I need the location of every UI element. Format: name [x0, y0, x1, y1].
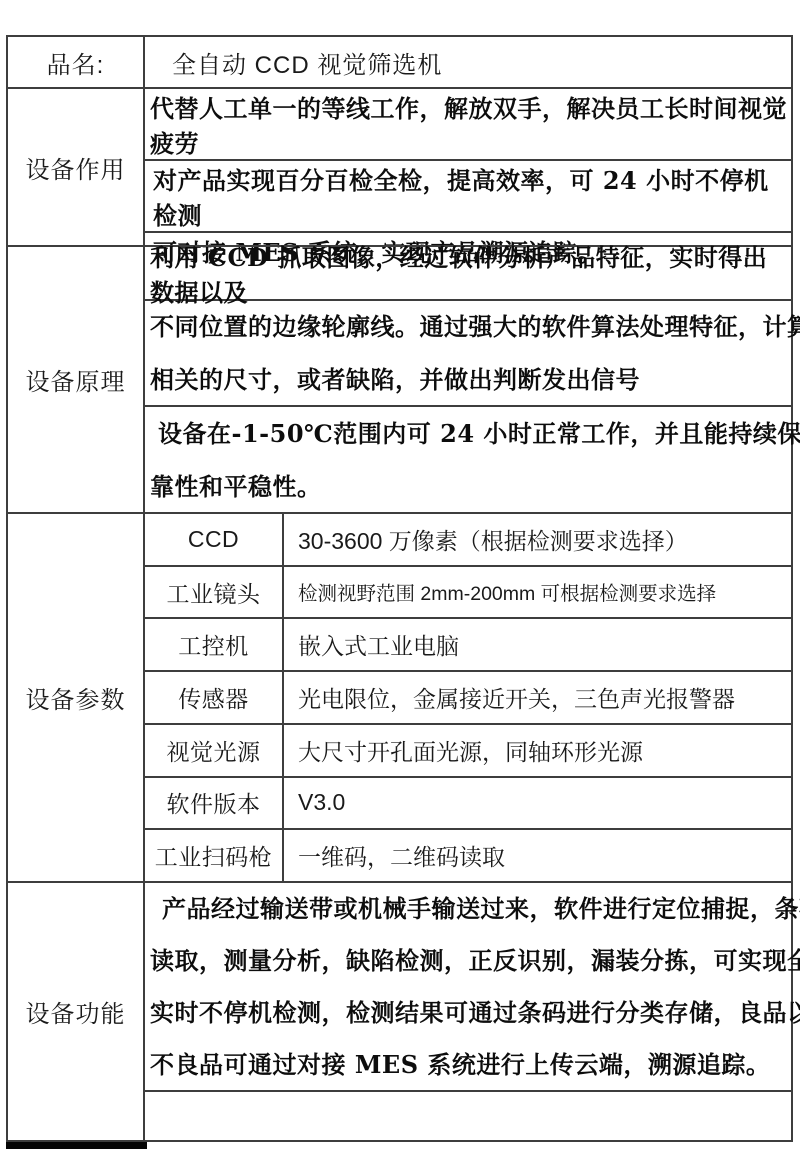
- section-label-principle: 设备原理: [8, 247, 145, 512]
- param-name: 传感器: [145, 672, 284, 723]
- text-line: 实时不停机检测，检测结果可通过条码进行分类存储，良品以及: [150, 987, 800, 1039]
- text-line: 设备在-1-50℃范围内可 24 小时正常工作，并且能持续保证可: [150, 407, 800, 460]
- product-name-label: 品名:: [8, 37, 145, 87]
- text-block: 产品经过输送带或机械手输送过来，软件进行定位捕捉，条码 读取，测量分析，缺陷检测…: [145, 883, 791, 1092]
- text-line: 不同位置的边缘轮廓线。通过强大的软件算法处理特征，计算出: [150, 300, 800, 353]
- param-value: 检测视野范围 2mm-200mm 可根据检测要求选择: [284, 567, 791, 618]
- param-name: 工业扫码枪: [145, 830, 284, 881]
- product-name-value: 全自动 CCD 视觉筛选机: [145, 37, 791, 87]
- text-line: 利用 CCD 抓取图像，经过软件分析产品特征，实时得出数据以及: [145, 247, 791, 301]
- section-equipment-function-role: 设备作用 代替人工单一的等线工作，解放双手，解决员工长时间视觉疲劳 对产品实现百…: [8, 87, 791, 245]
- param-row-lens: 工业镜头 检测视野范围 2mm-200mm 可根据检测要求选择: [145, 567, 791, 620]
- param-name: CCD: [145, 514, 284, 565]
- bottom-left-thick-border: [6, 1142, 147, 1149]
- text-line: 靠性和平稳性。: [150, 460, 322, 513]
- spec-table: 品名: 全自动 CCD 视觉筛选机 设备作用 代替人工单一的等线工作，解放双手，…: [6, 35, 793, 1142]
- param-value: 一维码，二维码读取: [284, 830, 791, 881]
- text-line: 不良品可通过对接 MES 系统进行上传云端，溯源追踪。: [150, 1039, 770, 1091]
- param-name: 工业镜头: [145, 567, 284, 618]
- text-line: 代替人工单一的等线工作，解放双手，解决员工长时间视觉疲劳: [145, 89, 791, 161]
- param-value: 大尺寸开孔面光源，同轴环形光源: [284, 725, 791, 776]
- param-name: 视觉光源: [145, 725, 284, 776]
- text-block: 设备在-1-50℃范围内可 24 小时正常工作，并且能持续保证可 靠性和平稳性。: [145, 407, 791, 513]
- param-name: 工控机: [145, 619, 284, 670]
- text-line: 相关的尺寸，或者缺陷，并做出判断发出信号: [150, 353, 640, 406]
- text-line: 对产品实现百分百检全检，提高效率，可 24 小时不停机检测: [145, 161, 791, 233]
- param-row-ccd: CCD 30-3600 万像素（根据检测要求选择）: [145, 514, 791, 567]
- text-line: 产品经过输送带或机械手输送过来，软件进行定位捕捉，条码: [150, 883, 800, 935]
- param-row-software: 软件版本 V3.0: [145, 778, 791, 831]
- param-row-light: 视觉光源 大尺寸开孔面光源，同轴环形光源: [145, 725, 791, 778]
- text-block: 不同位置的边缘轮廓线。通过强大的软件算法处理特征，计算出 相关的尺寸，或者缺陷，…: [145, 301, 791, 407]
- section-label-action: 设备作用: [8, 89, 145, 245]
- param-row-ipc: 工控机 嵌入式工业电脑: [145, 619, 791, 672]
- empty-cell: [145, 1092, 791, 1140]
- param-row-scanner: 工业扫码枪 一维码，二维码读取: [145, 830, 791, 881]
- param-value: 嵌入式工业电脑: [284, 619, 791, 670]
- section-equipment-functions: 设备功能 产品经过输送带或机械手输送过来，软件进行定位捕捉，条码 读取，测量分析…: [8, 881, 791, 1140]
- product-name-row: 品名: 全自动 CCD 视觉筛选机: [8, 37, 791, 87]
- text-line: 读取，测量分析，缺陷检测，正反识别，漏装分拣，可实现全局: [150, 935, 800, 987]
- param-name: 软件版本: [145, 778, 284, 829]
- param-row-sensor: 传感器 光电限位，金属接近开关，三色声光报警器: [145, 672, 791, 725]
- section-label-functions: 设备功能: [8, 883, 145, 1140]
- param-value: 光电限位，金属接近开关，三色声光报警器: [284, 672, 791, 723]
- section-label-parameters: 设备参数: [8, 514, 145, 881]
- section-equipment-parameters: 设备参数 CCD 30-3600 万像素（根据检测要求选择） 工业镜头 检测视野…: [8, 512, 791, 881]
- param-value: 30-3600 万像素（根据检测要求选择）: [284, 514, 791, 565]
- section-equipment-principle: 设备原理 利用 CCD 抓取图像，经过软件分析产品特征，实时得出数据以及 不同位…: [8, 245, 791, 512]
- param-value: V3.0: [284, 778, 791, 829]
